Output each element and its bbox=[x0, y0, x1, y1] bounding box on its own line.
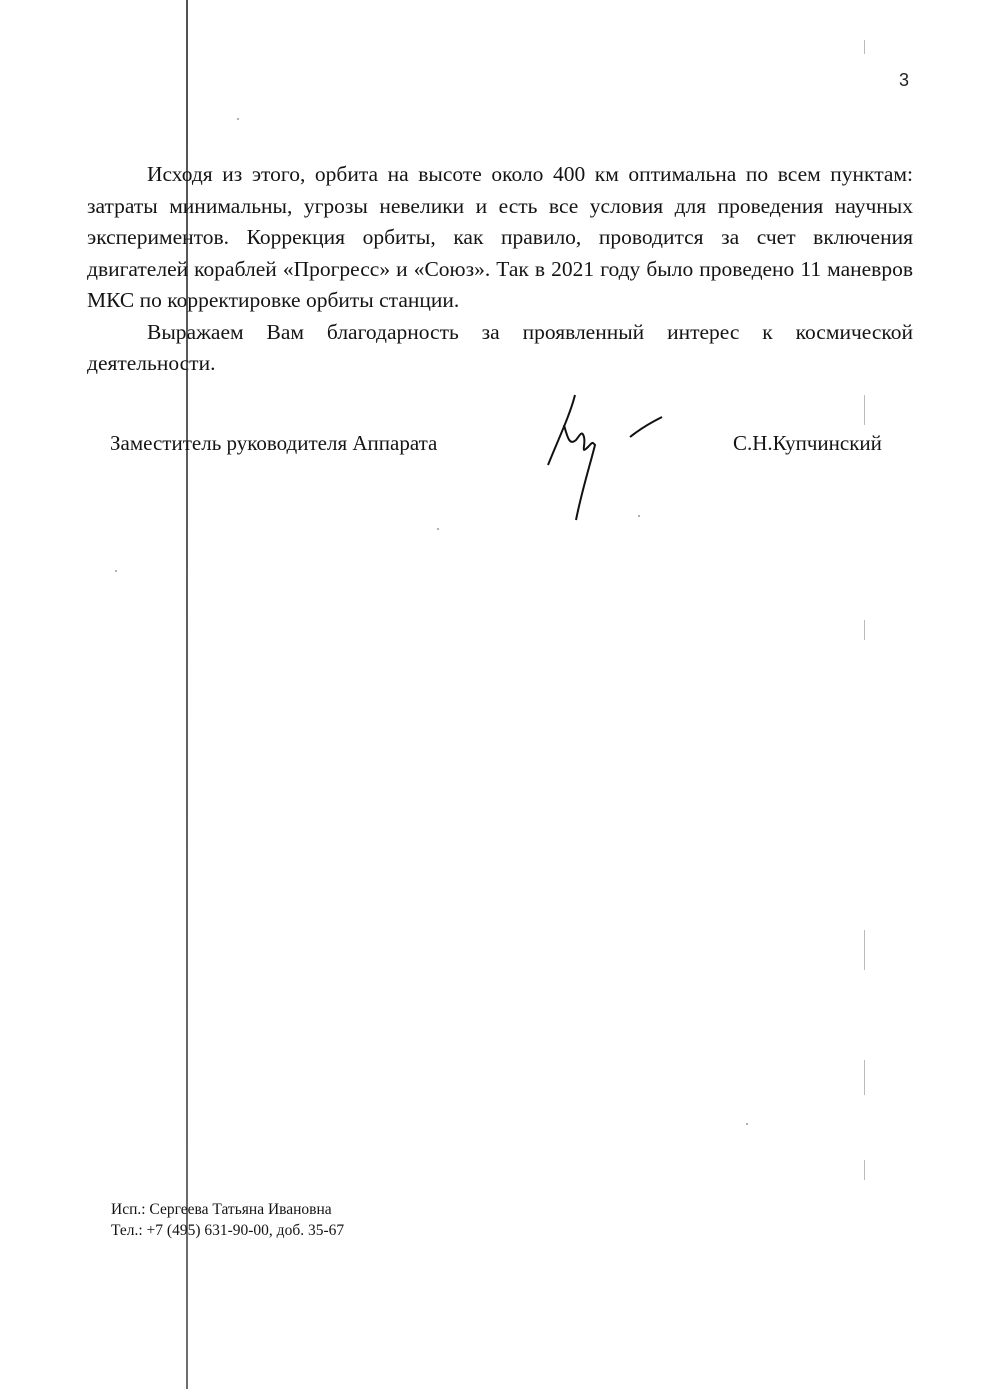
paragraph-thanks: Выражаем Вам благодарность за проявленны… bbox=[87, 317, 913, 380]
handwritten-signature-icon bbox=[540, 385, 670, 525]
signatory-name: С.Н.Купчинский bbox=[733, 431, 882, 456]
scan-speck bbox=[237, 118, 239, 120]
scan-speck bbox=[638, 515, 640, 517]
scan-speck bbox=[746, 1123, 748, 1125]
scan-speck bbox=[115, 570, 117, 572]
signature-block: Заместитель руководителя Аппарата С.Н.Ку… bbox=[0, 380, 983, 530]
signatory-position: Заместитель руководителя Аппарата bbox=[110, 431, 437, 456]
scan-dash bbox=[864, 1060, 865, 1095]
paragraph-orbit: Исходя из этого, орбита на высоте около … bbox=[87, 159, 913, 317]
executor-info: Исп.: Сергеева Татьяна Ивановна Тел.: +7… bbox=[111, 1199, 344, 1241]
scan-dash bbox=[864, 930, 865, 970]
scan-dash bbox=[864, 40, 865, 54]
scan-dash bbox=[864, 395, 865, 425]
scan-speck bbox=[437, 528, 439, 530]
letter-body: Исходя из этого, орбита на высоте около … bbox=[87, 159, 913, 380]
scan-dash bbox=[864, 1160, 865, 1180]
executor-name: Исп.: Сергеева Татьяна Ивановна bbox=[111, 1199, 344, 1220]
page-number: 3 bbox=[899, 70, 909, 91]
executor-phone: Тел.: +7 (495) 631-90-00, доб. 35-67 bbox=[111, 1220, 344, 1241]
scan-dash bbox=[864, 620, 865, 640]
